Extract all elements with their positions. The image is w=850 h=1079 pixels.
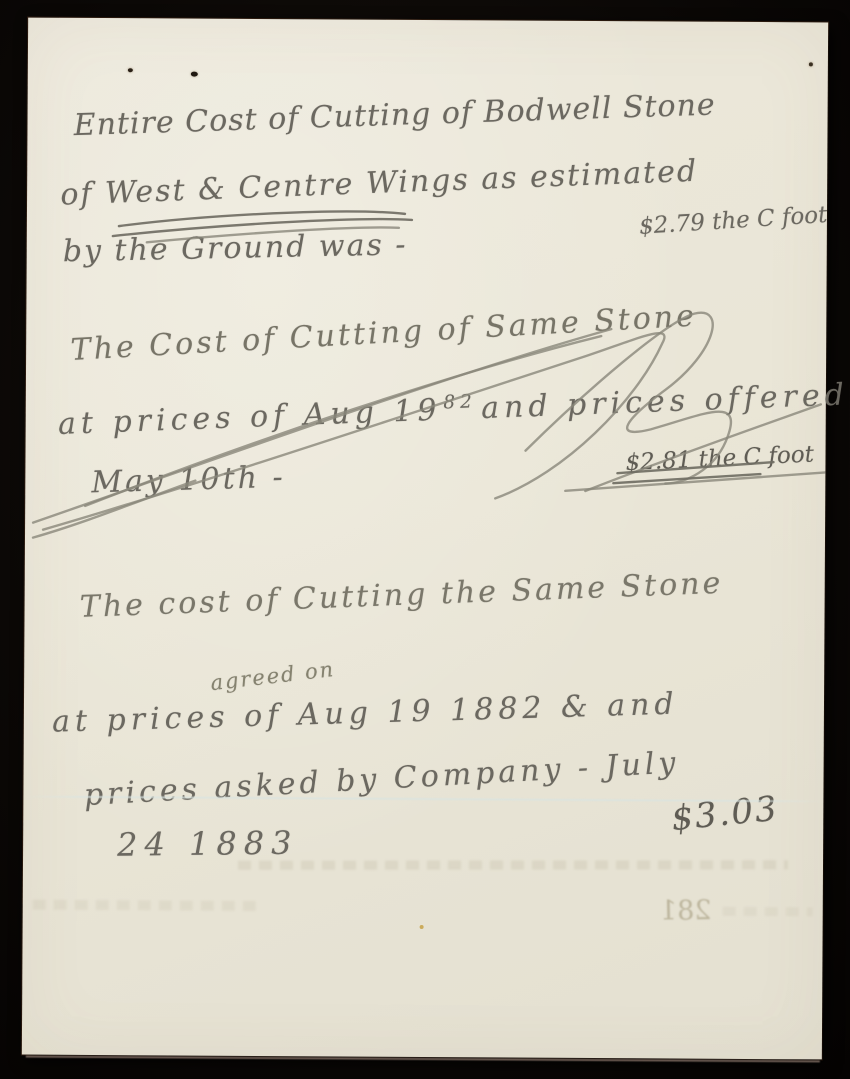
pinhole [128, 68, 133, 72]
line-24-1883: 24 1883 [117, 824, 299, 864]
line-prices-aug-19-82-start: at prices of Aug 19 [57, 393, 442, 442]
pinhole [809, 62, 813, 66]
line-prices-asked-by-company: prices asked by Company - July [83, 745, 680, 813]
line-prices-aug-19-1882: at prices of Aug 19 1882 & and [52, 687, 680, 740]
line-by-the-ground: by the Ground was - [62, 227, 407, 269]
pinhole [191, 72, 198, 77]
amount-303: $3.03 [670, 789, 781, 839]
amount-279: $2.79 the C foot [638, 202, 828, 240]
line-prices-aug-19-82-end: and prices offered [481, 377, 850, 426]
line-cost-cutting-same-stone: The Cost of Cutting of Same Stone [70, 299, 698, 368]
bleed-through-number: 281 [640, 895, 731, 928]
bleed-through-text [238, 860, 788, 869]
line-prices-aug-19-82: at prices of Aug 1982and prices offered [57, 377, 849, 442]
line-entire-cost: Entire Cost of Cutting of Bodwell Stone [73, 87, 716, 143]
strikethrough [565, 471, 825, 493]
paper-speck [420, 925, 424, 929]
line-may-10: May 10th - [91, 460, 286, 501]
amount-281-struck: $2.81 the C foot [625, 441, 815, 476]
manuscript-page: Entire Cost of Cutting of Bodwell Stone … [22, 18, 828, 1060]
superscript-82: 82 [443, 391, 477, 413]
insertion-agreed-on: agreed on [209, 657, 336, 695]
bleed-through-text [33, 900, 258, 911]
bleed-through-text [723, 907, 813, 917]
double-underline [119, 210, 405, 228]
line-cost-cutting-same-stone-2: The cost of Cutting the Same Stone [79, 566, 724, 625]
line-west-centre-wings: of West & Centre Wings as estimated [60, 154, 699, 213]
